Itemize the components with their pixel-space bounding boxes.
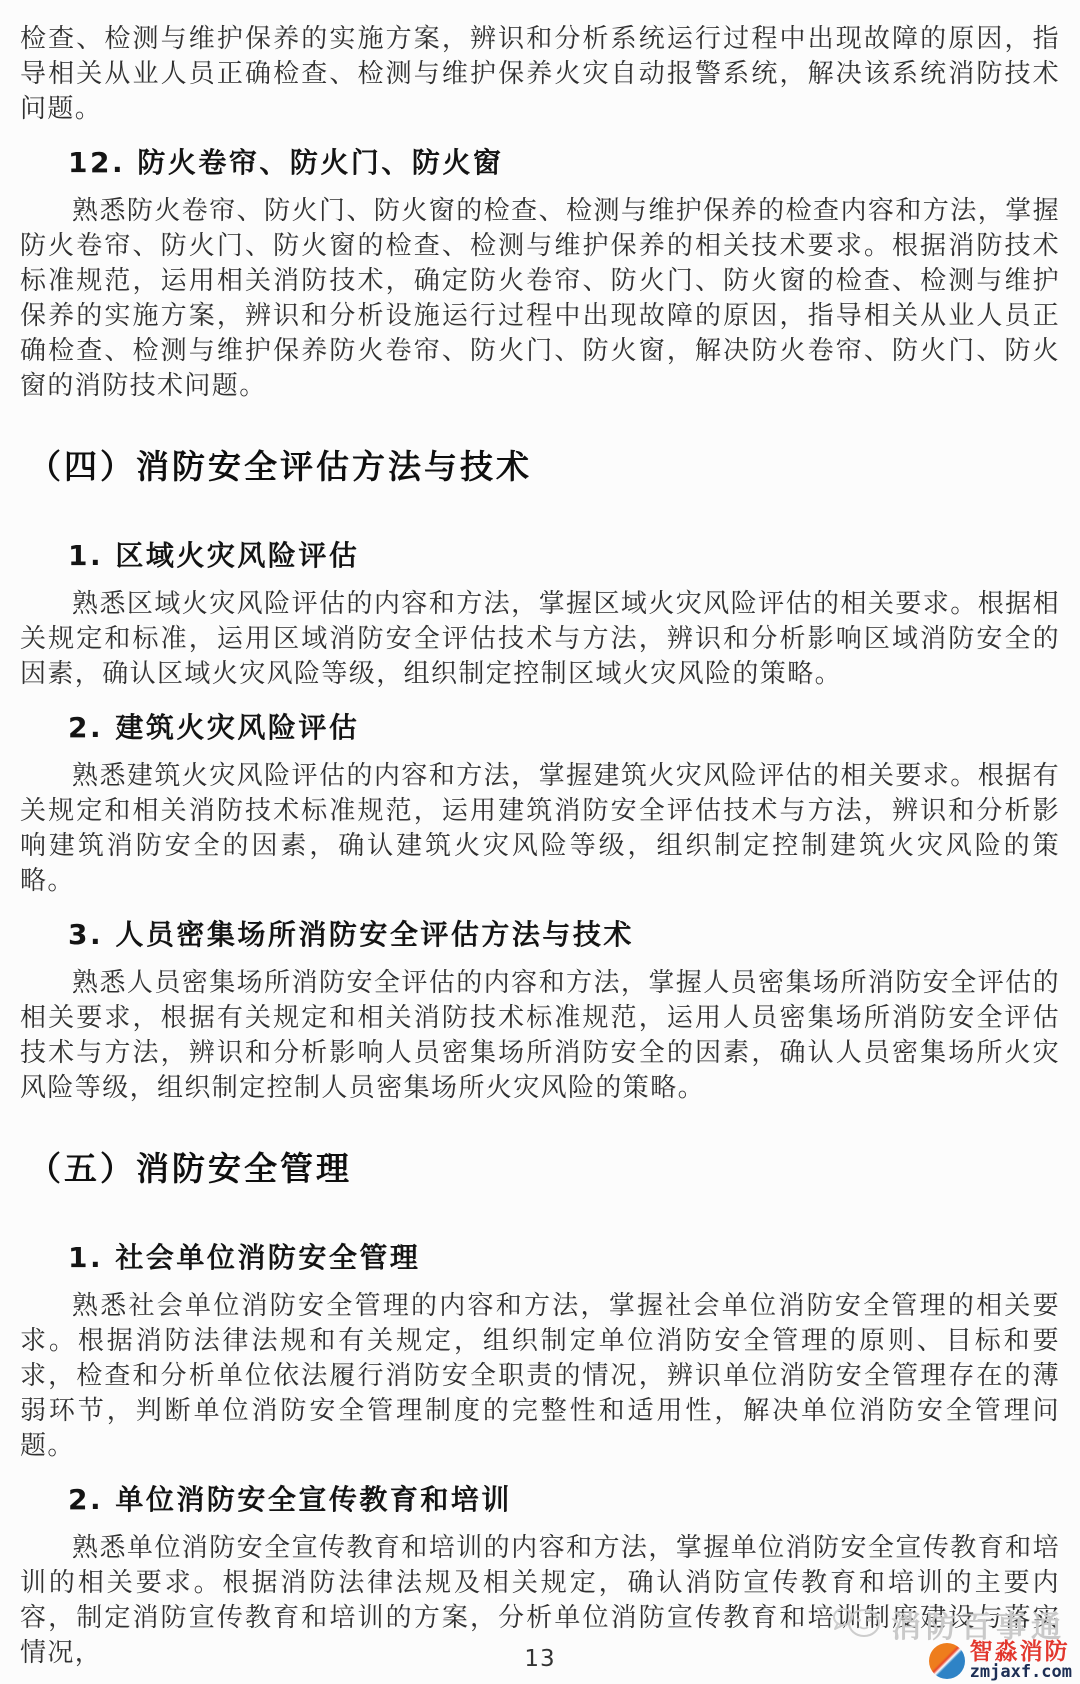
paragraph-5-1: 熟悉社会单位消防安全管理的内容和方法，掌握社会单位消防安全管理的相关要求。根据消…: [20, 1289, 1060, 1464]
brand-name: 智淼消防: [970, 1640, 1072, 1664]
continuation-paragraph: 检查、检测与维护保养的实施方案，辨识和分析系统运行过程中出现故障的原因，指导相关…: [20, 22, 1060, 127]
subsection-heading-4-2: 2. 建筑火灾风险评估: [68, 710, 1060, 745]
subsection-heading-4-1: 1. 区域火灾风险评估: [68, 538, 1060, 573]
paragraph-12: 熟悉防火卷帘、防火门、防火窗的检查、检测与维护保养的检查内容和方法，掌握防火卷帘…: [20, 194, 1060, 404]
watermark-brand-row: 智淼消防 zmjaxf.com: [929, 1640, 1072, 1682]
document-content: 检查、检测与维护保养的实施方案，辨识和分析系统运行过程中出现故障的原因，指导相关…: [0, 0, 1080, 1671]
chapter-heading-5: （五）消防安全管理: [28, 1146, 1060, 1192]
chat-bubble-icon: [831, 1603, 883, 1645]
subsection-heading-4-3: 3. 人员密集场所消防安全评估方法与技术: [68, 917, 1060, 952]
subsection-heading-5-1: 1. 社会单位消防安全管理: [68, 1240, 1060, 1275]
brand-url: zmjaxf.com: [970, 1664, 1072, 1682]
paragraph-4-2: 熟悉建筑火灾风险评估的内容和方法，掌握建筑火灾风险评估的相关要求。根据有关规定和…: [20, 759, 1060, 899]
zmjaxf-logo-icon: [929, 1643, 965, 1679]
section-heading-12: 12. 防火卷帘、防火门、防火窗: [68, 145, 1060, 180]
watermark: 消防百事通 智淼消防 zmjaxf.com: [831, 1602, 1072, 1682]
chapter-heading-4: （四）消防安全评估方法与技术: [28, 444, 1060, 490]
watermark-brand-text: 智淼消防 zmjaxf.com: [970, 1640, 1072, 1682]
paragraph-4-3: 熟悉人员密集场所消防安全评估的内容和方法，掌握人员密集场所消防安全评估的相关要求…: [20, 966, 1060, 1106]
paragraph-4-1: 熟悉区域火灾风险评估的内容和方法，掌握区域火灾风险评估的相关要求。根据相关规定和…: [20, 587, 1060, 692]
document-page: 检查、检测与维护保养的实施方案，辨识和分析系统运行过程中出现故障的原因，指导相关…: [0, 0, 1080, 1684]
subsection-heading-5-2: 2. 单位消防安全宣传教育和培训: [68, 1482, 1060, 1517]
